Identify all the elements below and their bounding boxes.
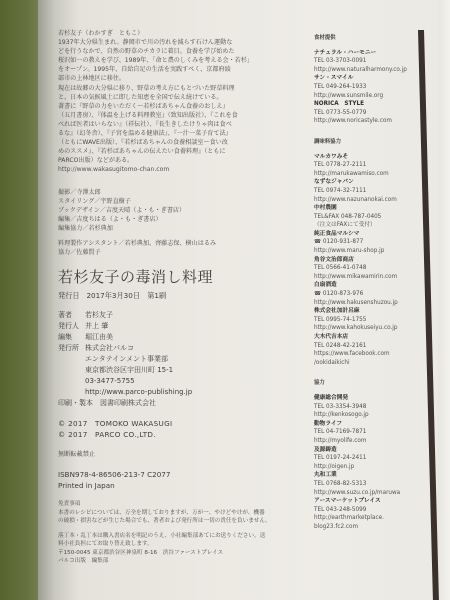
- staff-line: スタイリング／宇野直樹子: [58, 197, 298, 206]
- disclaimer-line: 本書のレシピについては、万全を期しておりますが、万が一、やけどやけが、機器: [58, 509, 298, 518]
- bio-line: 桜沢如一の教えを学び、1989年、「命と農のしくみを考える会・若杉」: [58, 56, 298, 65]
- printed-in: Printed in Japan: [58, 480, 298, 491]
- copyright-line: © 2017 PARCO CO.,LTD.: [58, 430, 298, 441]
- supplier-entry: 健康総合開発 TEL 03-3354-3948 http://kenkosogo…: [314, 394, 418, 532]
- bio-line: 若杉友子（わかすぎ ともこ）: [58, 29, 298, 38]
- supplier-entry: ナチュラル・ハーモニー TEL 03-3703-0091 http://www.…: [314, 49, 418, 126]
- no-reprint: 無断転載禁止: [58, 449, 298, 460]
- staff-line: 撮影／寺澤太郎: [58, 188, 298, 197]
- bio-line: PARCO出版）などがある。: [58, 156, 298, 165]
- staff-line: 協力／佐藤賢子: [58, 248, 298, 257]
- credit-row: 東京都渋谷区宇田川町 15-1: [58, 365, 298, 376]
- issue-date: 発行日 2017年3月30日 第1刷: [58, 290, 298, 302]
- credit-row: http://www.parco-publishing.jp: [58, 387, 298, 398]
- author-website: http://www.wakasugitomo-chan.com: [58, 165, 298, 174]
- copyright-block: © 2017 TOMOKO WAKASUGI © 2017 PARCO CO.,…: [58, 419, 298, 440]
- bio-line: と、日本の気候風土に即した知恵を全国で伝え続けている。: [58, 93, 298, 102]
- colophon-left-column: 若杉友子（わかすぎ ともこ） 1937年大分県生まれ。静岡市で川の汚れを減らす石…: [58, 29, 298, 566]
- section-heading: 食材提供: [314, 34, 418, 43]
- disclaimer: 免責事項 本書のレシピについては、万全を期しておりますが、万が一、やけどやけが、…: [58, 500, 298, 526]
- staff-credits: 撮影／寺澤太郎 スタイリング／宇野直樹子 ブックデザイン／吉度天晴（よ・も・ぎ書…: [58, 188, 298, 233]
- bio-line: 部市の上林地区に移住。: [58, 74, 298, 83]
- staff-line: 料理製作アシスタント／若杉典加、齊藤志保、横山はるみ: [58, 239, 298, 248]
- isbn: ISBN978-4-86506-213-7 C2077: [58, 469, 298, 480]
- supplier-entry: マルカワみそ TEL 0778-27-2111 http://marukawam…: [314, 153, 418, 368]
- publisher-website: http://www.parco-publishing.jp: [85, 387, 298, 398]
- staff-line: ブックデザイン／吉度天晴（よ・も・ぎ書店）: [58, 206, 298, 215]
- credit-row: 印刷・製本図書印刷株式会社: [58, 398, 298, 409]
- issue-value: 2017年3月30日 第1刷: [86, 291, 166, 300]
- isbn-block: ISBN978-4-86506-213-7 C2077 Printed in J…: [58, 469, 298, 491]
- return-line: 料小社負担にてお取り替え致します。: [58, 540, 298, 549]
- bio-line: るな』（幻冬舎）、『子宮を温める健康法』、『一汁一菜子育て法』: [58, 129, 298, 138]
- section-heading: 調味料協力: [314, 138, 418, 147]
- return-notice: 落丁本・乱丁本は購入書店名を明記のうえ、小社編集部あてにお送りください。送 料小…: [58, 532, 298, 566]
- credit-row: 03-3477-5755: [58, 376, 298, 387]
- bio-line: めのススメ』、『若杉ばあちゃんの伝えたい食養料理』（ともに: [58, 147, 298, 156]
- credit-row: 編集堀江由美: [58, 332, 298, 343]
- return-line: パルコ出版 編集部: [58, 557, 298, 566]
- bio-line: 1937年大分県生まれ。静岡市で川の汚れを減らす石けん運動な: [58, 38, 298, 47]
- page-edge: [438, 0, 450, 600]
- publication-credits: 著者若杉友子 発行人井上 肇 編集堀江由美 発行所株式会社パルコ エンタテインメ…: [58, 310, 298, 409]
- bio-line: べれば医者はいらない』（祥伝社）、『長生きしたけりゃ肉は食べ: [58, 120, 298, 129]
- staff-credits-2: 料理製作アシスタント／若杉典加、齊藤志保、横山はるみ 協力／佐藤賢子: [58, 239, 298, 257]
- colophon-right-column: 食材提供 ナチュラル・ハーモニー TEL 03-3703-0091 http:/…: [314, 34, 418, 531]
- bio-line: （五月書房）、『体温を上げる料理教室』（致知出版社）、『これを食: [58, 111, 298, 120]
- book-title: 若杉友子の毒消し料理: [58, 267, 298, 287]
- disclaimer-line: の破損・損害などが生じた場合でも、著者および発行所は一切の責任を負いません。: [58, 517, 298, 526]
- credit-row: エンタテインメント事業部: [58, 354, 298, 365]
- return-line: 落丁本・乱丁本は購入書店名を明記のうえ、小社編集部あてにお送りください。送: [58, 532, 298, 541]
- bio-line: をオープン。1995年、自給自足の生活を実践すべく、京都府綾: [58, 65, 298, 74]
- staff-line: 編集協力／若杉典加: [58, 224, 298, 233]
- credit-row: 発行所株式会社パルコ: [58, 343, 298, 354]
- bio-line: 現在は故郷の大分県に移り、野草の考え方にもとづいた野草料理: [58, 84, 298, 93]
- section-heading: 協力: [314, 379, 418, 388]
- copyright-line: © 2017 TOMOKO WAKASUGI: [58, 419, 298, 430]
- credit-row: 発行人井上 肇: [58, 321, 298, 332]
- issue-label: 発行日: [58, 291, 80, 300]
- credit-row: 著者若杉友子: [58, 310, 298, 321]
- bio-line: （ともにWAVE出版）、『若杉ばあちゃんの食養相談室〜食い改: [58, 138, 298, 147]
- disclaimer-heading: 免責事項: [58, 500, 298, 509]
- staff-line: 編集／吉度ちはる（よ・も・ぎ書店）: [58, 215, 298, 224]
- return-line: 〒150-0045 東京都渋谷区神泉町 8-16 渋谷ファーストプレイス: [58, 549, 298, 558]
- author-bio: 若杉友子（わかすぎ ともこ） 1937年大分県生まれ。静岡市で川の汚れを減らす石…: [58, 29, 298, 175]
- bio-line: 著書に『野草の力をいただく〜若杉ばあちゃん食養のおしえ』: [58, 102, 298, 111]
- bio-line: どを行うなかで、自然の野草のチカラに着目。食養を学び始めた: [58, 47, 298, 56]
